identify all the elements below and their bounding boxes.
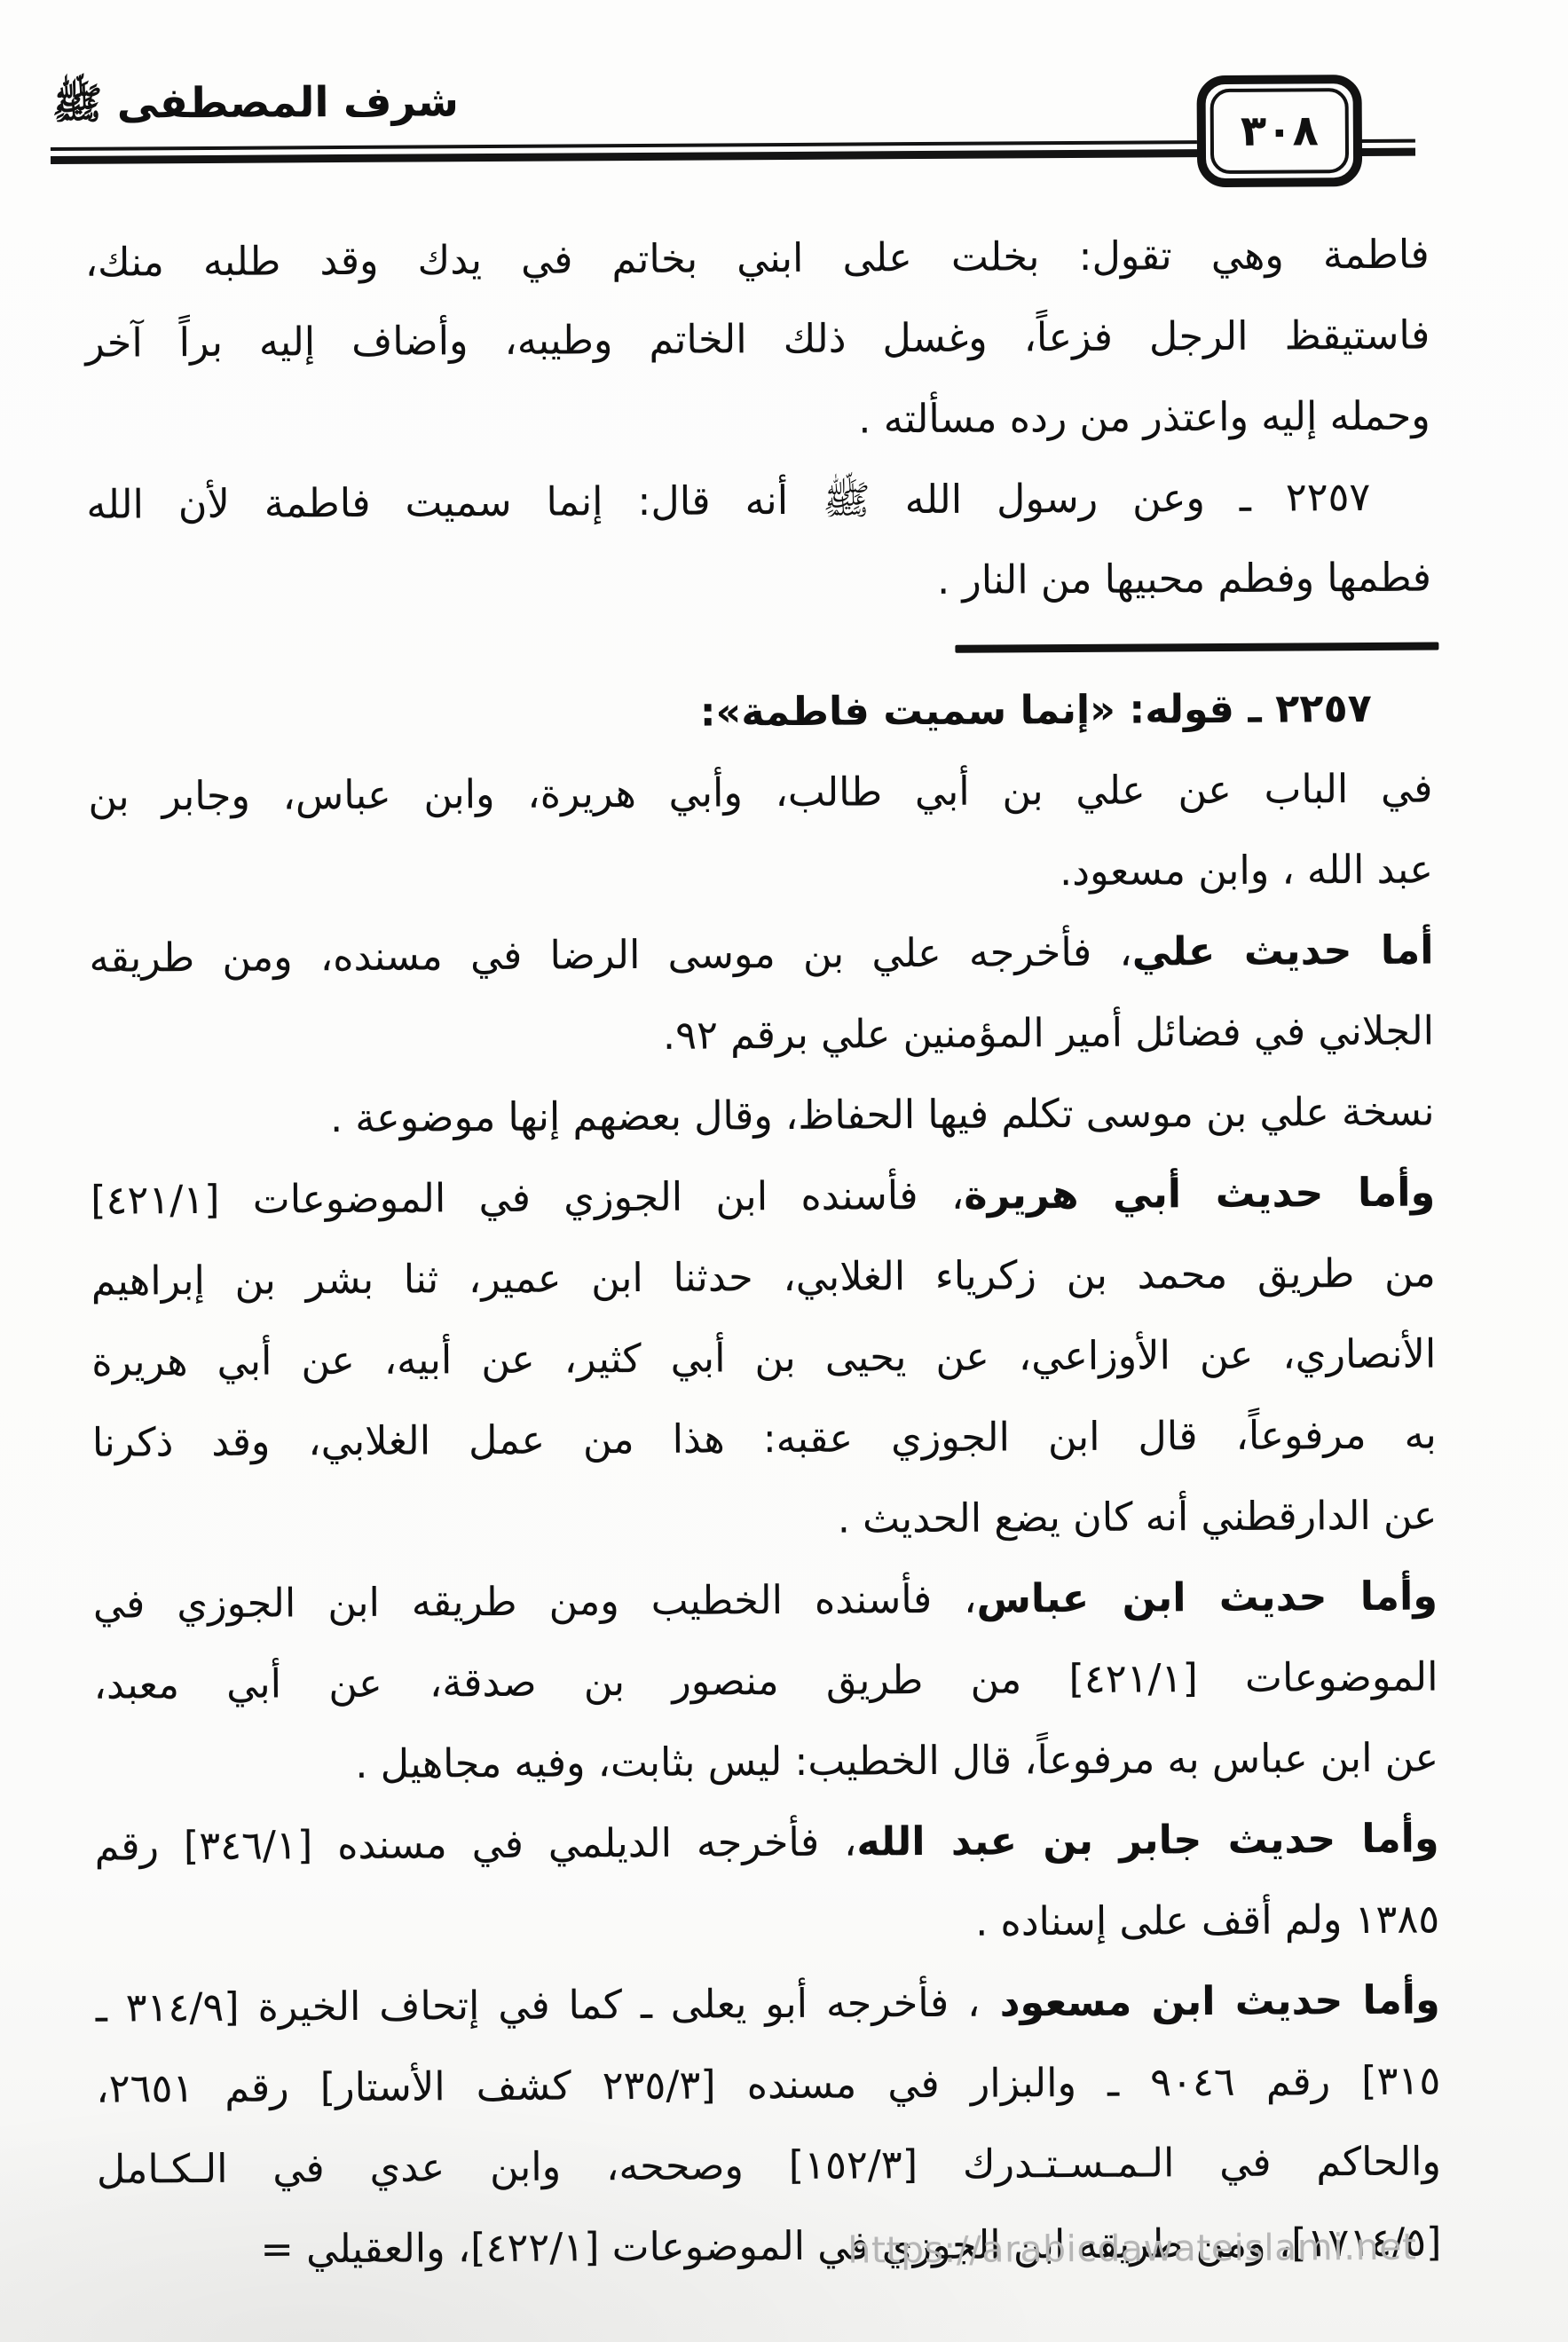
- body-text: فاطمة وهي تقول: بخلت على ابني بخاتم في ي…: [85, 233, 1430, 286]
- body-text: عن ابن عباس به مرفوعاً، قال الخطيب: ليس …: [355, 1736, 1438, 1787]
- body-text: ، فأسنده ابن الجوزي في الموضوعات [٤٢١/١]: [91, 1173, 964, 1224]
- page-content: شرف المصطفى ﷺ ٣٠٨ فاطمة وهي تقول: بخلت ع…: [0, 0, 1568, 2342]
- bold-lead-text: وأما حديث أبي هريرة: [964, 1171, 1435, 1218]
- header-rule-right: [1360, 139, 1415, 156]
- text-line: عن الدارقطني أنه كان يضع الحديث .: [92, 1476, 1438, 1565]
- text-line: به مرفوعاً، قال ابن الجوزي عقبه: هذا من …: [92, 1395, 1438, 1484]
- bold-lead-text: وأما حديث جابر بن عبد الله: [856, 1817, 1439, 1865]
- text-line: الجلاني في فضائل أمير المؤمنين علي برقم …: [90, 991, 1435, 1080]
- body-text: ٢٢٥٧ ـ وعن رسول الله ﷺ أنه قال: إنما سمي…: [86, 475, 1370, 528]
- text-line: في الباب عن علي بن أبي طالب، وأبي هريرة،…: [88, 749, 1433, 838]
- body-text: ، فأخرجه أبو يعلى ـ كما في إتحاف الخيرة …: [96, 1981, 981, 2031]
- bold-lead-text: أما حديث علي: [1132, 928, 1434, 975]
- text-line: وحمله إليه واعتذر من رده مسألته .: [86, 376, 1431, 465]
- body-text: ، فأخرجه الديلمي في مسنده [٣٤٦/١] رقم: [94, 1820, 856, 1870]
- body-text: في الباب عن علي بن أبي طالب، وأبي هريرة،…: [88, 767, 1432, 820]
- body-text: الجلاني في فضائل أمير المؤمنين علي برقم …: [663, 1009, 1434, 1059]
- watermark-url: https://arabicdawateislami.net: [847, 2226, 1416, 2272]
- bold-lead-text: ٢٢٥٧ ـ قوله: «إنما سميت فاطمة»:: [700, 686, 1372, 736]
- body-text: ، فأخرجه علي بن موسى الرضا في مسنده، ومن…: [89, 930, 1132, 982]
- text-line: الموضوعات [٤٢١/١] من طريق منصور بن صدقة،…: [93, 1637, 1438, 1726]
- body-text: وحمله إليه واعتذر من رده مسألته .: [858, 394, 1430, 443]
- text-line: فاطمة وهي تقول: بخلت على ابني بخاتم في ي…: [84, 215, 1430, 304]
- text-line: أما حديث علي، فأخرجه علي بن موسى الرضا ف…: [89, 911, 1434, 999]
- header-rule-left: [51, 140, 1197, 164]
- text-line: فاستيقظ الرجل فزعاً، وغسل ذلك الخاتم وطي…: [85, 296, 1430, 384]
- text-line: وأما حديث ابن عباس، فأسنده الخطيب ومن طر…: [93, 1557, 1438, 1645]
- body-text: نسخة علي بن موسى تكلم فيها الحفاظ، وقال …: [330, 1090, 1435, 1142]
- body-text: ، فأسنده الخطيب ومن طريقه ابن الجوزي في: [93, 1577, 977, 1628]
- section-divider: [955, 642, 1438, 652]
- body-text: والحاكم في الـمـسـتـدرك [١٥٢/٣] وصححه، و…: [97, 2139, 1441, 2192]
- book-title: شرف المصطفى ﷺ: [51, 76, 459, 139]
- text-line: ١٣٨٥ ولم أقف على إسناده .: [95, 1880, 1440, 1968]
- text-line: والحاكم في الـمـسـتـدرك [١٥٢/٣] وصححه، و…: [97, 2121, 1442, 2210]
- page-number-box: ٣٠٨: [1196, 75, 1362, 187]
- text-block: فاطمة وهي تقول: بخلت على ابني بخاتم في ي…: [84, 215, 1441, 2291]
- bold-lead-text: وأما حديث ابن مسعود: [980, 1978, 1440, 2026]
- body-text: من طريق محمد بن زكرياء الغلابي، حدثنا اب…: [91, 1251, 1436, 1305]
- body-text: به مرفوعاً، قال ابن الجوزي عقبه: هذا من …: [92, 1413, 1437, 1466]
- text-line: الأنصاري، عن الأوزاعي، عن يحيى بن أبي كث…: [91, 1314, 1437, 1403]
- text-line: وأما حديث ابن مسعود ، فأخرجه أبو يعلى ـ …: [95, 1960, 1440, 2049]
- text-line: ٢٢٥٧ ـ وعن رسول الله ﷺ أنه قال: إنما سمي…: [86, 457, 1431, 546]
- body-text: عن الدارقطني أنه كان يضع الحديث .: [838, 1494, 1438, 1542]
- body-text: ٣١٥] رقم ٩٠٤٦ ـ والبزار في مسنده [٢٣٥/٣ …: [96, 2059, 1440, 2112]
- text-line: عن ابن عباس به مرفوعاً، قال الخطيب: ليس …: [94, 1718, 1439, 1807]
- body-text: ١٣٨٥ ولم أقف على إسناده .: [975, 1897, 1439, 1945]
- scanned-page-background: شرف المصطفى ﷺ ٣٠٨ فاطمة وهي تقول: بخلت ع…: [0, 0, 1568, 2342]
- body-text: عبد الله ، وابن مسعود.: [1060, 848, 1433, 895]
- text-line: وأما حديث جابر بن عبد الله، فأخرجه الديل…: [94, 1799, 1439, 1888]
- bold-lead-text: وأما حديث ابن عباس: [976, 1574, 1438, 1622]
- text-line: ٣١٥] رقم ٩٠٤٦ ـ والبزار في مسنده [٢٣٥/٣ …: [96, 2041, 1441, 2130]
- text-line: فطمها وفطم محبيها من النار .: [87, 538, 1432, 627]
- body-text: فطمها وفطم محبيها من النار .: [937, 556, 1431, 603]
- page-number: ٣٠٨: [1241, 106, 1319, 156]
- body-text: الأنصاري، عن الأوزاعي، عن يحيى بن أبي كث…: [91, 1332, 1436, 1385]
- body-text: الموضوعات [٤٢١/١] من طريق منصور بن صدقة،…: [93, 1655, 1438, 1708]
- body-text: فاستيقظ الرجل فزعاً، وغسل ذلك الخاتم وطي…: [85, 313, 1430, 367]
- text-line: نسخة علي بن موسى تكلم فيها الحفاظ، وقال …: [90, 1072, 1435, 1161]
- text-line: عبد الله ، وابن مسعود.: [89, 830, 1434, 919]
- section-heading: ٢٢٥٧ ـ قوله: «إنما سميت فاطمة»:: [88, 668, 1433, 757]
- text-line: من طريق محمد بن زكرياء الغلابي، حدثنا اب…: [91, 1234, 1436, 1322]
- text-line: وأما حديث أبي هريرة، فأسنده ابن الجوزي ف…: [91, 1153, 1436, 1242]
